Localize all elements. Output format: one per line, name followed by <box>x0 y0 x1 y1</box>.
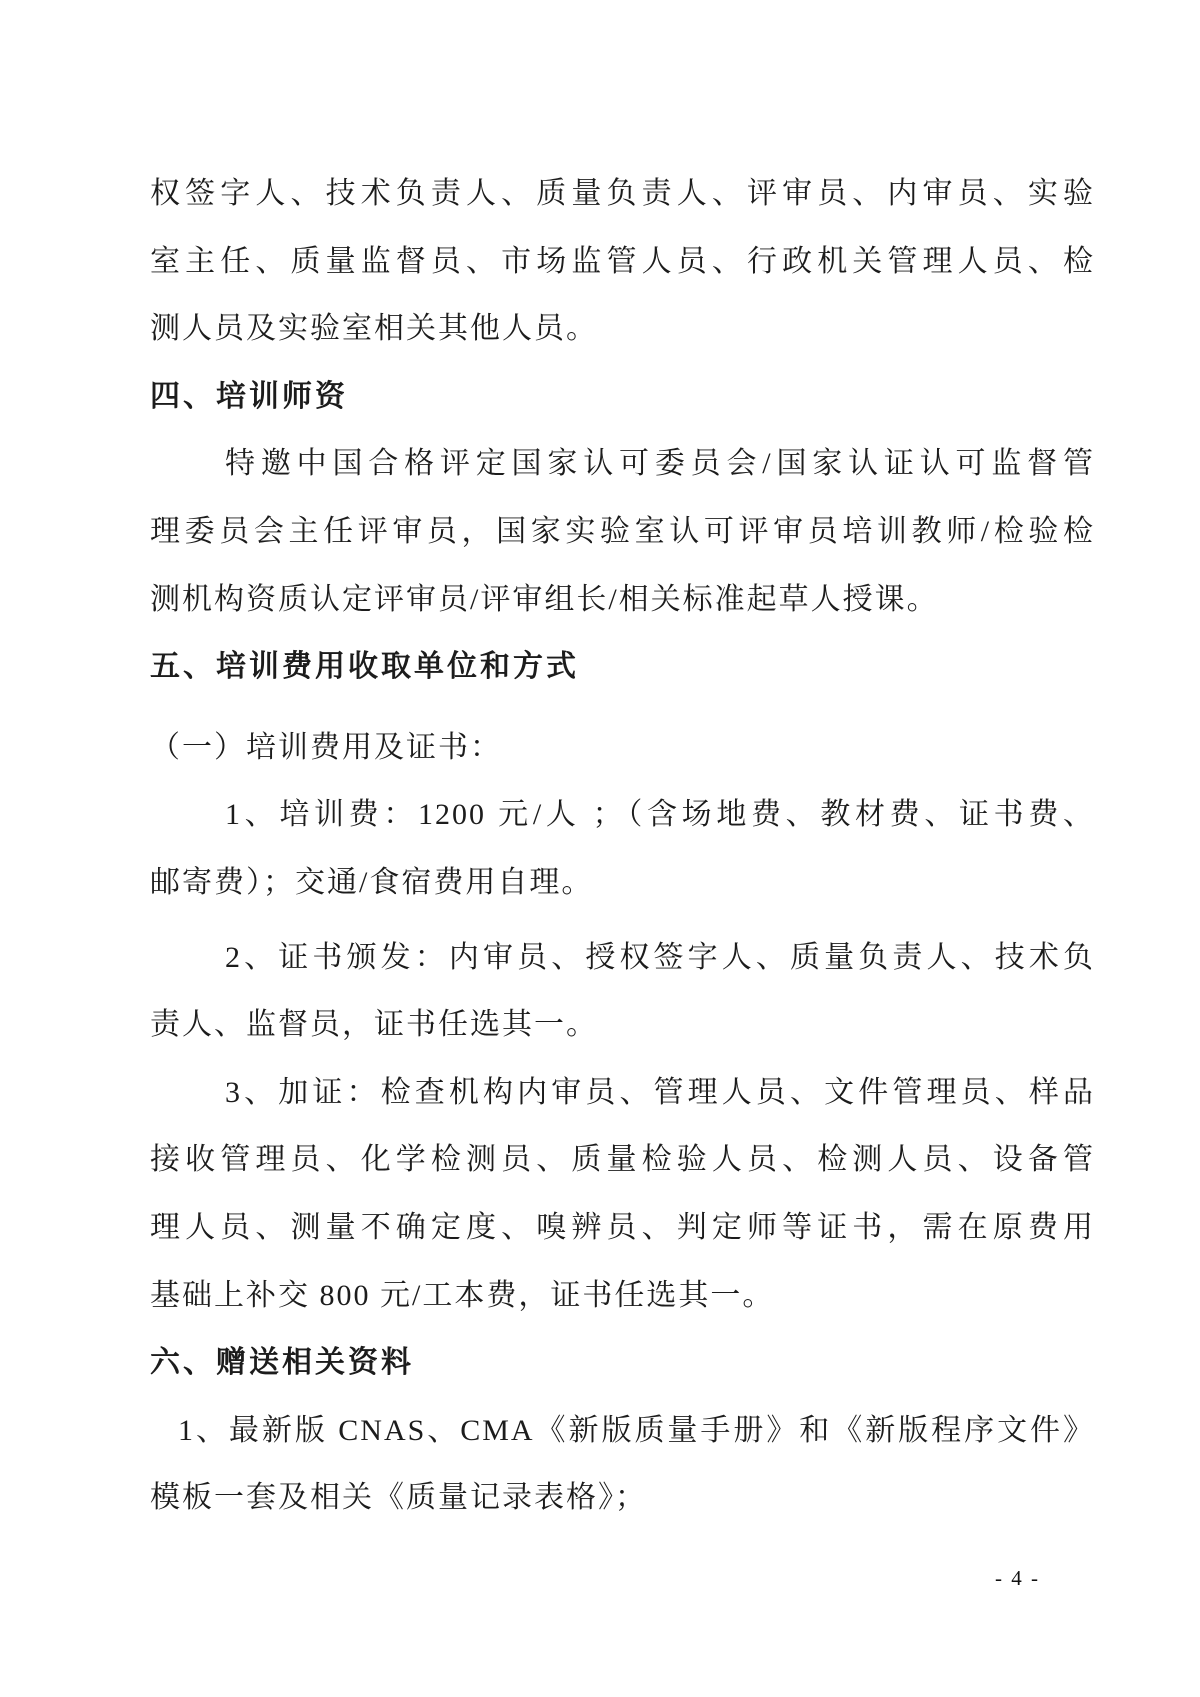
subsection-heading: （一）培训费用及证书： <box>150 714 1095 782</box>
list-item-1-line: 1、培训费：1200 元/人 ；（含场地费、教材费、证书费、 <box>150 781 1095 849</box>
list-item-3-line: 3、加证：检查机构内审员、管理人员、文件管理员、样品 <box>150 1059 1095 1127</box>
paragraph-line: 理委员会主任评审员，国家实验室认可评审员培训教师/检验检 <box>150 498 1095 566</box>
paragraph-line: 测人员及实验室相关其他人员。 <box>150 295 1095 363</box>
paragraph-line: 特邀中国合格评定国家认可委员会/国家认证认可监督管 <box>150 430 1095 498</box>
document-page: 权签字人、技术负责人、质量负责人、评审员、内审员、实验 室主任、质量监督员、市场… <box>0 0 1200 1697</box>
gift-item-1-line: 1、最新版 CNAS、CMA《新版质量手册》和《新版程序文件》 <box>150 1397 1095 1465</box>
section-heading-five: 五、培训费用收取单位和方式 <box>150 633 1095 701</box>
section-heading-four: 四、培训师资 <box>150 363 1095 431</box>
paragraph-line: 室主任、质量监督员、市场监管人员、行政机关管理人员、检 <box>150 228 1095 296</box>
gift-item-1-line: 模板一套及相关《质量记录表格》； <box>150 1464 1095 1532</box>
paragraph-line: 测机构资质认定评审员/评审组长/相关标准起草人授课。 <box>150 566 1095 634</box>
section-heading-six: 六、赠送相关资料 <box>150 1329 1095 1397</box>
page-number: - 4 - <box>995 1566 1040 1591</box>
list-item-3-line: 理人员、测量不确定度、嗅辨员、判定师等证书，需在原费用 <box>150 1194 1095 1262</box>
list-item-2-line: 责人、监督员，证书任选其一。 <box>150 991 1095 1059</box>
list-item-1-line: 邮寄费）；交通/食宿费用自理。 <box>150 849 1095 917</box>
document-body: 权签字人、技术负责人、质量负责人、评审员、内审员、实验 室主任、质量监督员、市场… <box>150 160 1095 1532</box>
paragraph-line: 权签字人、技术负责人、质量负责人、评审员、内审员、实验 <box>150 160 1095 228</box>
list-item-3-line: 接收管理员、化学检测员、质量检验人员、检测人员、设备管 <box>150 1126 1095 1194</box>
list-item-2-line: 2、证书颁发：内审员、授权签字人、质量负责人、技术负 <box>150 924 1095 992</box>
list-item-3-line: 基础上补交 800 元/工本费，证书任选其一。 <box>150 1262 1095 1330</box>
